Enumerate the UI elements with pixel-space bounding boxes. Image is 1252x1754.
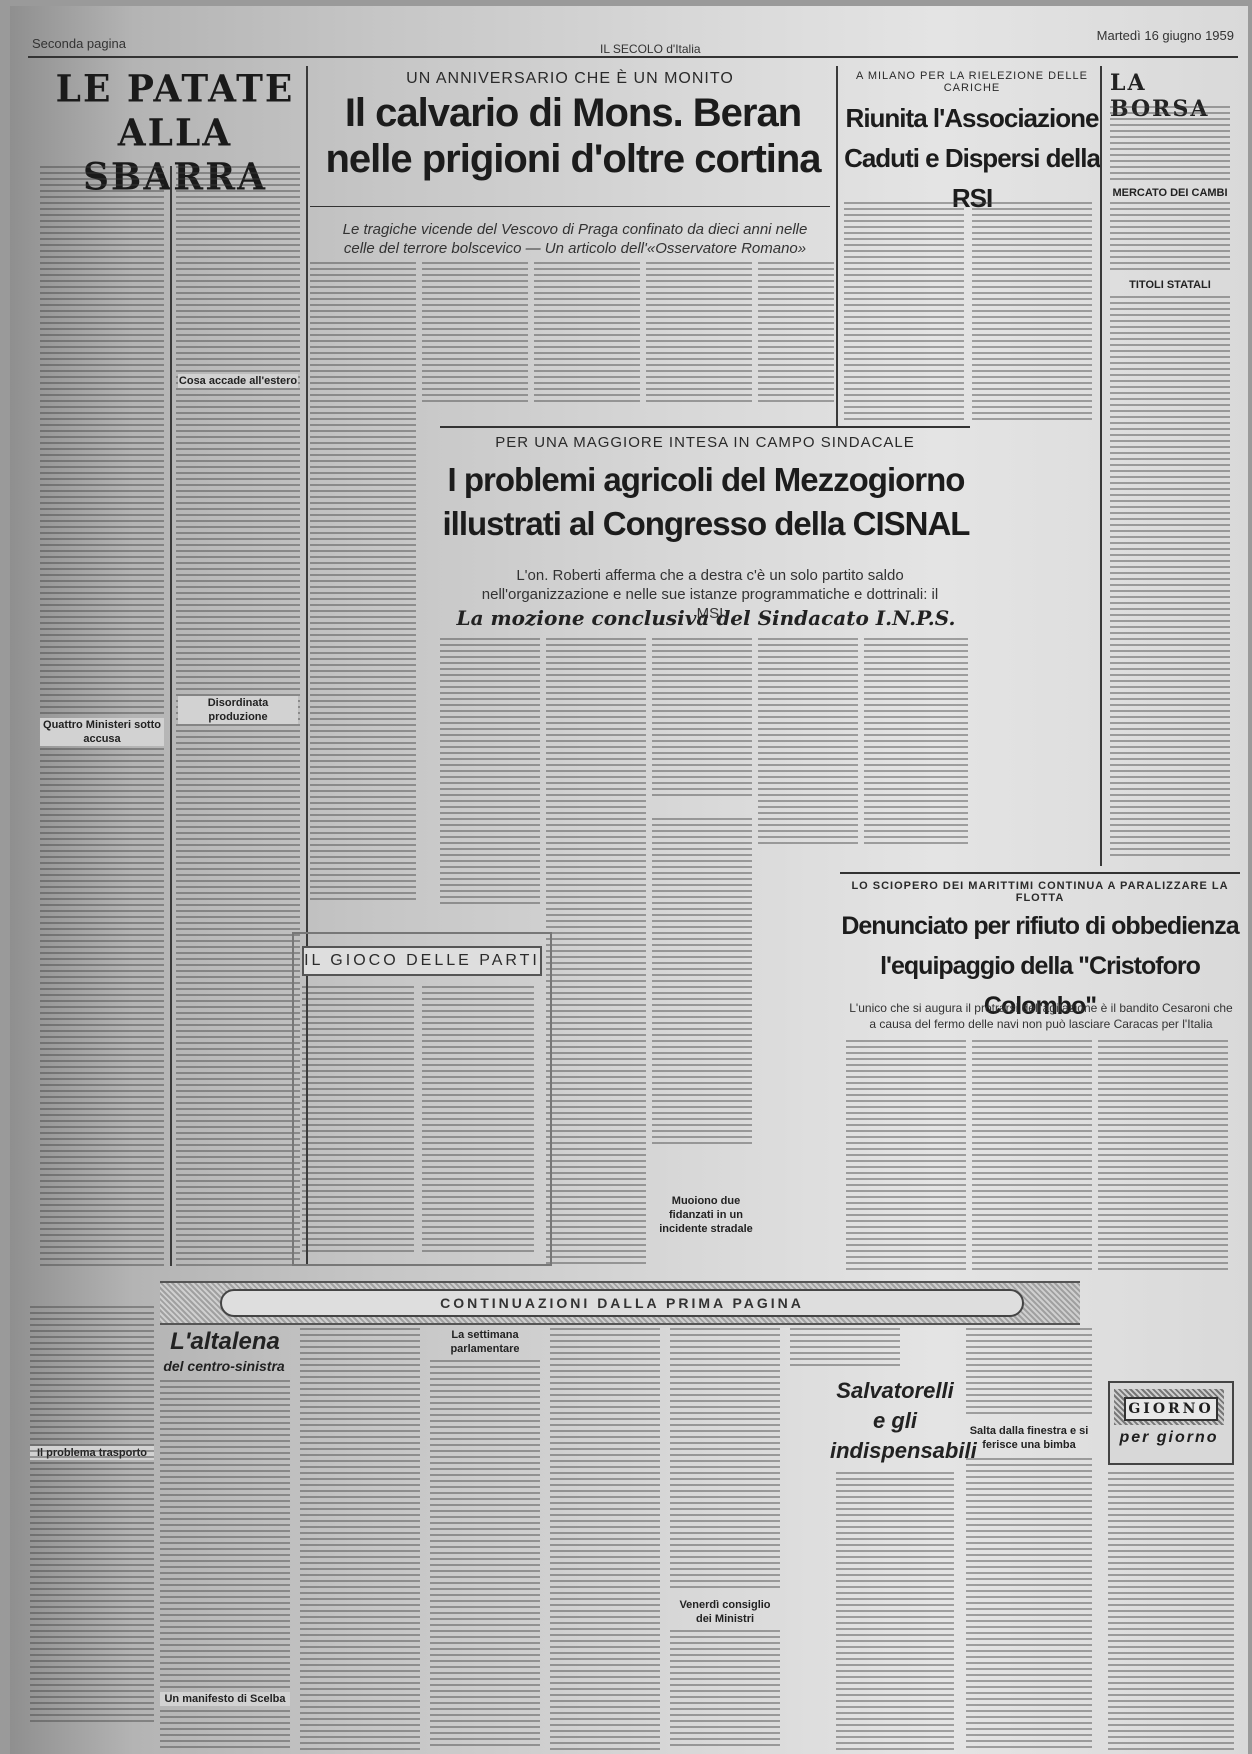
salvatorelli-line2: e gli [830, 1406, 960, 1436]
continuazioni-text [966, 1328, 1092, 1418]
beran-text [534, 262, 640, 402]
headline-fidanzati: Muoiono due fidanzati in un incidente st… [658, 1194, 754, 1236]
mezzogiorno-kicker: PER UNA MAGGIORE INTESA IN CAMPO SINDACA… [440, 434, 970, 451]
beran-subtitle: Le tragiche vicende del Vescovo di Praga… [330, 220, 820, 258]
altalena-title: L'altalena [160, 1328, 290, 1356]
giorno-per-giorno-box: GIORNO per giorno [1108, 1381, 1234, 1465]
continuazioni-title: CONTINUAZIONI DALLA PRIMA PAGINA [220, 1289, 1024, 1317]
mezzogiorno-section-title: La mozione conclusiva del Sindacato I.N.… [436, 606, 976, 630]
giorno-pattern: GIORNO [1114, 1389, 1224, 1425]
paper-name: IL SECOLO d'Italia [600, 42, 701, 56]
salvatorelli-text [836, 1472, 954, 1750]
mezzogiorno-text [546, 638, 646, 1268]
beran-text [422, 262, 528, 402]
page-section-label: Seconda pagina [32, 36, 126, 51]
salvatorelli-line1: Salvatorelli [830, 1376, 960, 1406]
borsa-subhead-titoli: TITOLI STATALI [1110, 278, 1230, 292]
giorno-sub: per giorno [1110, 1429, 1228, 1447]
column-divider [170, 166, 172, 1266]
beran-text [646, 262, 752, 402]
subhead-scelba: Un manifesto di Scelba [160, 1692, 290, 1706]
beran-kicker: UN ANNIVERSARIO CHE È UN MONITO [310, 70, 830, 88]
headline-mezzogiorno: I problemi agricoli del Mezzogiorno illu… [436, 458, 976, 546]
venerdi-title: Venerdì consiglio dei Ministri [670, 1598, 780, 1626]
giorno-text [1108, 1472, 1234, 1750]
colombo-kicker: LO SCIOPERO DEI MARITTIMI CONTINUA A PAR… [840, 880, 1240, 904]
settimana-title: La settimana parlamentare [430, 1328, 540, 1356]
colombo-text [1098, 1040, 1228, 1270]
beran-text [310, 262, 416, 902]
salvatorelli-line3: indispensabili [830, 1436, 960, 1466]
headline-colombo-line1: Denunciato per rifiuto di obbedienza [838, 906, 1242, 946]
column-divider [1100, 66, 1102, 866]
continuazioni-text [670, 1328, 780, 1588]
gioco-text [422, 986, 534, 1256]
venerdi-text [670, 1630, 780, 1750]
mezzogiorno-text [440, 638, 540, 908]
newspaper-page: Seconda pagina IL SECOLO d'Italia Marted… [10, 6, 1248, 1754]
headline-patate-line1: LE PATATE [40, 67, 310, 111]
headline-beran: Il calvario di Mons. Beran nelle prigion… [308, 90, 838, 182]
borsa-table [1110, 296, 1230, 856]
colombo-text [846, 1040, 966, 1270]
borsa-text [1110, 106, 1230, 182]
column-divider [836, 66, 838, 426]
gioco-title: IL GIOCO DELLE PARTI [302, 946, 542, 976]
continuazioni-text [550, 1328, 660, 1750]
borsa-subhead-cambi: MERCATO DEI CAMBI [1110, 186, 1230, 200]
headline-associazione-line1: Riunita l'Associazione [840, 98, 1104, 138]
subhead-produzione: Disordinata produzione [178, 696, 298, 724]
altalena-subtitle: del centro-sinistra [156, 1358, 292, 1374]
salta-text [966, 1458, 1092, 1750]
headline-mezzogiorno-line2: illustrati al Congresso della CISNAL [436, 502, 976, 546]
rule [310, 206, 830, 207]
headline-mezzogiorno-line1: I problemi agricoli del Mezzogiorno [436, 458, 976, 502]
associazione-text [844, 202, 964, 422]
salta-title: Salta dalla finestra e si ferisce una bi… [966, 1424, 1092, 1452]
mezzogiorno-text [652, 638, 752, 798]
rule [440, 426, 970, 428]
mezzogiorno-text [864, 638, 968, 848]
inps-motion-text [652, 818, 752, 1148]
salvatorelli-title: Salvatorelli e gli indispensabili [830, 1376, 960, 1466]
issue-date: Martedì 16 giugno 1959 [1097, 28, 1234, 43]
associazione-kicker: A MILANO PER LA RIELEZIONE DELLE CARICHE [842, 70, 1102, 94]
mezzogiorno-text [758, 638, 858, 848]
borsa-table [1110, 202, 1230, 274]
continuazioni-text [790, 1328, 900, 1368]
gioco-text [302, 986, 414, 1256]
patate-text-col1 [40, 166, 164, 1266]
giorno-word: GIORNO [1124, 1397, 1218, 1421]
continuazioni-text [300, 1328, 420, 1750]
beran-text [758, 262, 834, 402]
headline-beran-line2: nelle prigioni d'oltre cortina [308, 136, 838, 182]
colombo-text [972, 1040, 1092, 1270]
colombo-subtitle: L'unico che si augura il protrarsi dell'… [846, 1000, 1236, 1032]
subhead-estero: Cosa accade all'estero [178, 374, 298, 388]
continuazioni-banner: CONTINUAZIONI DALLA PRIMA PAGINA [160, 1281, 1080, 1325]
patate-text-col3 [30, 1306, 154, 1726]
subhead-ministeri: Quattro Ministeri sotto accusa [40, 718, 164, 746]
associazione-text [972, 202, 1092, 422]
settimana-text [430, 1360, 540, 1750]
rule [840, 872, 1240, 874]
headline-beran-line1: Il calvario di Mons. Beran [308, 90, 838, 136]
masthead-rule [28, 56, 1238, 58]
headline-associazione: Riunita l'Associazione Caduti e Dispersi… [840, 98, 1104, 218]
